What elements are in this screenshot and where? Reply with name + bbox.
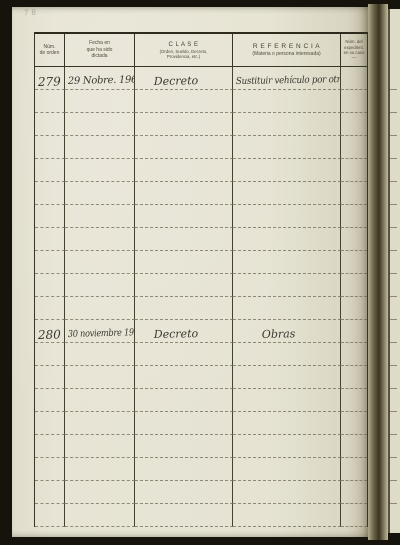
cell-num-expediente (341, 504, 367, 527)
cell-fecha (65, 136, 135, 159)
cell-clase (135, 297, 233, 320)
cell-num-orden (35, 435, 65, 458)
cell-fecha (65, 412, 135, 435)
cell-referencia (233, 113, 341, 136)
cell-num-orden (35, 113, 65, 136)
cell-num-orden (35, 159, 65, 182)
handwritten-fecha: 29 Nobre. 1966 (68, 74, 135, 88)
cell-num-orden (35, 389, 65, 412)
cell-num-expediente (341, 251, 367, 274)
next-page-edge (388, 9, 400, 533)
cell-num-expediente (341, 136, 367, 159)
cell-clase: Decreto (135, 320, 233, 343)
cell-referencia (233, 136, 341, 159)
cell-clase (135, 343, 233, 366)
cell-referencia (233, 389, 341, 412)
cell-fecha (65, 389, 135, 412)
cell-num-orden (35, 412, 65, 435)
cell-clase (135, 228, 233, 251)
cell-referencia: Obras (233, 320, 341, 343)
cell-num-expediente (341, 297, 367, 320)
cell-referencia (233, 297, 341, 320)
cell-referencia (233, 90, 341, 113)
header-text: de orden (40, 50, 60, 57)
cell-num-expediente (341, 205, 367, 228)
cell-num-orden (35, 251, 65, 274)
ledger-table: Núm. de orden Fecha en que ha sido dicta… (34, 32, 368, 527)
cell-num-expediente (341, 90, 367, 113)
cell-clase (135, 90, 233, 113)
cell-num-orden: 280 (35, 320, 65, 343)
cell-fecha (65, 90, 135, 113)
cell-clase (135, 205, 233, 228)
cell-referencia (233, 205, 341, 228)
cell-num-expediente (341, 228, 367, 251)
cell-fecha: 30 noviembre 1966 (65, 320, 135, 343)
cell-num-expediente (341, 458, 367, 481)
cell-fecha (65, 159, 135, 182)
cell-clase (135, 274, 233, 297)
book-spine-gutter (368, 4, 388, 540)
cell-clase (135, 504, 233, 527)
cell-num-orden (35, 274, 65, 297)
cell-referencia (233, 228, 341, 251)
handwritten-num: 280 (38, 329, 61, 341)
cell-referencia (233, 343, 341, 366)
cell-fecha (65, 113, 135, 136)
cell-fecha (65, 435, 135, 458)
header-cell-num-orden: Núm. de orden (35, 34, 65, 67)
cell-clase (135, 458, 233, 481)
cell-referencia (233, 159, 341, 182)
header-text: R E F E R E N C I A (253, 42, 320, 51)
cell-clase (135, 182, 233, 205)
cell-referencia (233, 458, 341, 481)
header-text: (Materia o persona interesada) (252, 51, 320, 58)
cell-clase (135, 136, 233, 159)
cell-clase (135, 159, 233, 182)
cell-clase (135, 366, 233, 389)
cell-num-orden (35, 297, 65, 320)
cell-num-orden (35, 343, 65, 366)
cell-clase (135, 412, 233, 435)
handwritten-clase: Decreto (154, 75, 199, 88)
cell-referencia (233, 504, 341, 527)
handwritten-num: 279 (38, 76, 61, 88)
cell-clase (135, 481, 233, 504)
next-page-rule-lines (390, 67, 397, 525)
handwritten-referencia: Sustituir vehículo por otro (236, 74, 341, 88)
cell-num-expediente (341, 67, 367, 90)
scanned-ledger-page: 78 Núm. de orden Fecha en que ha sido di… (0, 0, 400, 545)
cell-num-orden (35, 504, 65, 527)
cell-fecha (65, 182, 135, 205)
cell-num-expediente (341, 113, 367, 136)
cell-fecha (65, 251, 135, 274)
cell-referencia: Sustituir vehículo por otro (233, 67, 341, 90)
header-text: dictada (91, 53, 107, 60)
cell-num-expediente (341, 435, 367, 458)
cell-referencia (233, 435, 341, 458)
cell-num-expediente (341, 481, 367, 504)
cell-fecha (65, 504, 135, 527)
cell-num-orden (35, 228, 65, 251)
cell-num-expediente (341, 320, 367, 343)
cell-fecha (65, 228, 135, 251)
header-text: C L A S E (169, 41, 199, 49)
cell-referencia (233, 251, 341, 274)
cell-clase (135, 251, 233, 274)
header-cell-referencia: R E F E R E N C I A (Materia o persona i… (233, 34, 341, 67)
header-text: — (352, 56, 357, 61)
cell-clase: Decreto (135, 67, 233, 90)
cell-referencia (233, 481, 341, 504)
cell-fecha (65, 297, 135, 320)
header-cell-clase: C L A S E (Orden, Sueldo, Decreto, Provi… (135, 34, 233, 67)
cell-clase (135, 435, 233, 458)
book-page: 78 Núm. de orden Fecha en que ha sido di… (12, 7, 368, 537)
cell-fecha (65, 274, 135, 297)
cell-num-orden (35, 458, 65, 481)
cell-num-expediente (341, 389, 367, 412)
handwritten-referencia: Obras (262, 328, 296, 341)
cell-num-orden (35, 205, 65, 228)
handwritten-fecha: 30 noviembre 1966 (68, 327, 135, 341)
cell-referencia (233, 366, 341, 389)
cell-num-expediente (341, 182, 367, 205)
cell-num-orden (35, 481, 65, 504)
cell-num-orden (35, 90, 65, 113)
pencil-note: 78 (24, 8, 39, 18)
header-cell-num-expediente: Núm. del expedient. en su caso — (341, 34, 367, 67)
cell-fecha (65, 481, 135, 504)
cell-referencia (233, 274, 341, 297)
cell-fecha (65, 343, 135, 366)
cell-num-orden (35, 366, 65, 389)
cell-num-orden (35, 182, 65, 205)
cell-fecha (65, 366, 135, 389)
cell-clase (135, 389, 233, 412)
cell-num-expediente (341, 412, 367, 435)
cell-num-expediente (341, 343, 367, 366)
cell-fecha (65, 205, 135, 228)
cell-num-orden (35, 136, 65, 159)
cell-num-expediente (341, 159, 367, 182)
cell-fecha (65, 458, 135, 481)
cell-referencia (233, 412, 341, 435)
cell-num-expediente (341, 366, 367, 389)
cell-num-expediente (341, 274, 367, 297)
cell-clase (135, 113, 233, 136)
cell-referencia (233, 182, 341, 205)
header-cell-fecha: Fecha en que ha sido dictada (65, 34, 135, 67)
cell-fecha: 29 Nobre. 1966 (65, 67, 135, 90)
cell-num-orden: 279 (35, 67, 65, 90)
handwritten-clase: Decreto (154, 328, 199, 341)
header-text: Providencia, etc.) (167, 54, 200, 60)
